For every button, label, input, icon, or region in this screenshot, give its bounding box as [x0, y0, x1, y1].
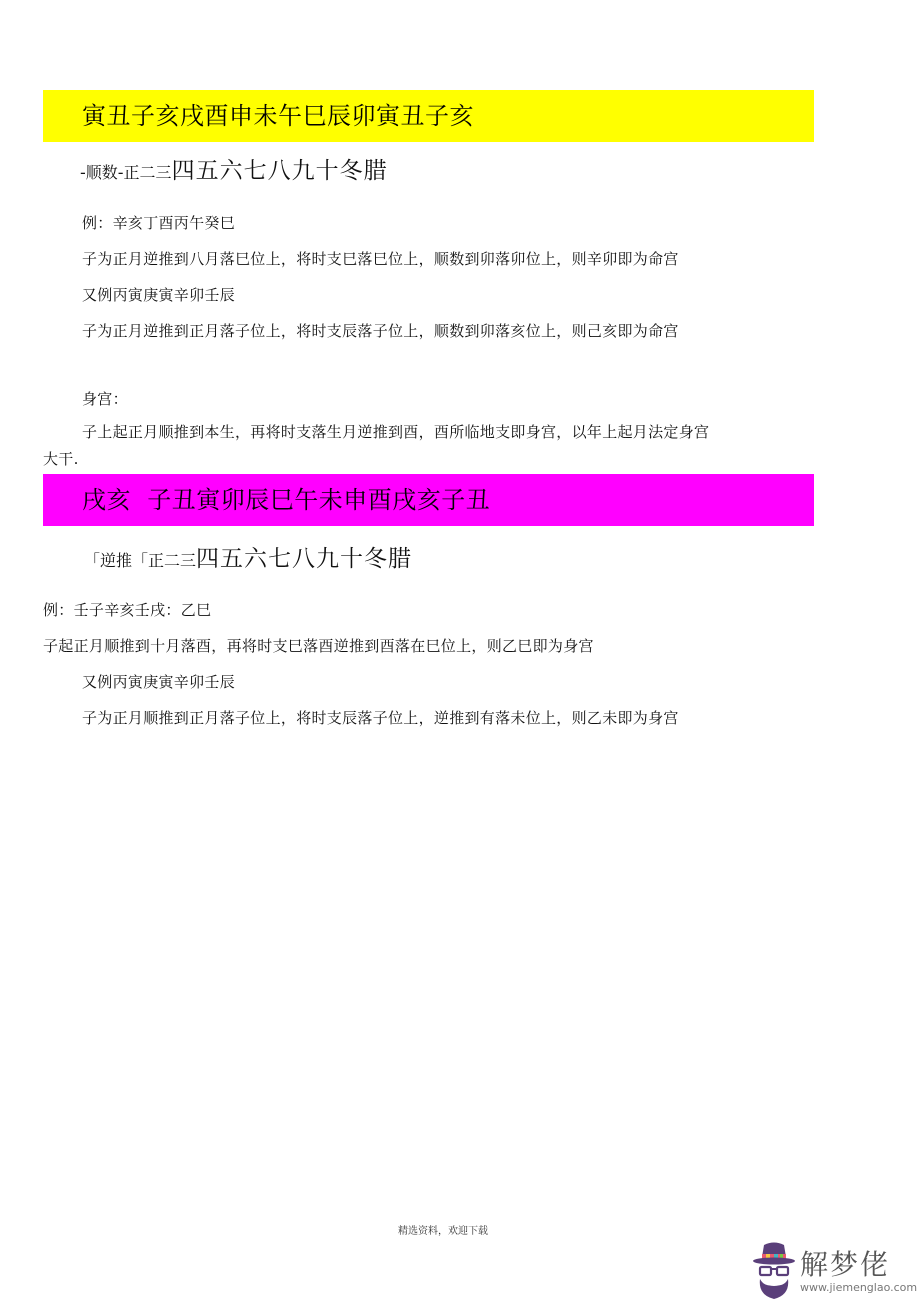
branches-sequence: 寅丑子亥戌酉申未午巳辰卯寅丑子亥 [82, 101, 474, 131]
example-line: 又例丙寅庚寅辛卯壬辰 [82, 671, 235, 693]
months-prefix: -顺数-正二三 [80, 163, 172, 182]
explanation-line: 子起正月顺推到十月落酉，再将时支巳落酉逆推到酉落在巳位上，则乙巳即为身宫 [43, 635, 594, 657]
site-logo[interactable]: 解梦佬 www.jiemenglao.com [752, 1241, 912, 1301]
logo-name: 解梦佬 [800, 1243, 890, 1283]
hat-mustache-icon [752, 1241, 796, 1301]
months-rest: 四五六七八九十冬腊 [196, 546, 412, 572]
logo-url: www.jiemenglao.com [800, 1281, 917, 1294]
months-row: 「逆推「正二三四五六七八九十冬腊 [84, 545, 412, 575]
section-heading: 身宫： [82, 388, 128, 410]
explanation-line: 子为正月顺推到正月落子位上，将时支辰落子位上，逆推到有落未位上，则乙未即为身宫 [82, 707, 679, 729]
example-line: 例：壬子辛亥壬戌：乙巳 [43, 599, 211, 621]
example-line: 又例丙寅庚寅辛卯壬辰 [82, 284, 235, 306]
description-line: 子上起正月顺推到本生，再将时支落生月逆推到酉，酉所临地支即身宫，以年上起月法定身… [82, 421, 709, 443]
branches-sequence: 戌亥 子丑寅卯辰巳午未申酉戌亥子丑 [82, 485, 490, 515]
description-line: 大干. [43, 448, 79, 470]
months-prefix: 「逆推「正二三 [84, 551, 196, 570]
months-rest: 四五六七八九十冬腊 [172, 158, 388, 184]
footer-note: 精选资料，欢迎下载 [398, 1222, 488, 1237]
explanation-line: 子为正月逆推到正月落子位上，将时支辰落子位上，顺数到卯落亥位上，则己亥即为命宫 [82, 320, 679, 342]
months-row: -顺数-正二三四五六七八九十冬腊 [80, 157, 388, 187]
explanation-line: 子为正月逆推到八月落巳位上，将时支巳落巳位上，顺数到卯落卯位上，则辛卯即为命宫 [82, 248, 679, 270]
example-line: 例：辛亥丁酉丙午癸巳 [82, 212, 235, 234]
branches-band-yellow: 寅丑子亥戌酉申未午巳辰卯寅丑子亥 [43, 90, 814, 142]
branches-band-magenta: 戌亥 子丑寅卯辰巳午未申酉戌亥子丑 [43, 474, 814, 526]
